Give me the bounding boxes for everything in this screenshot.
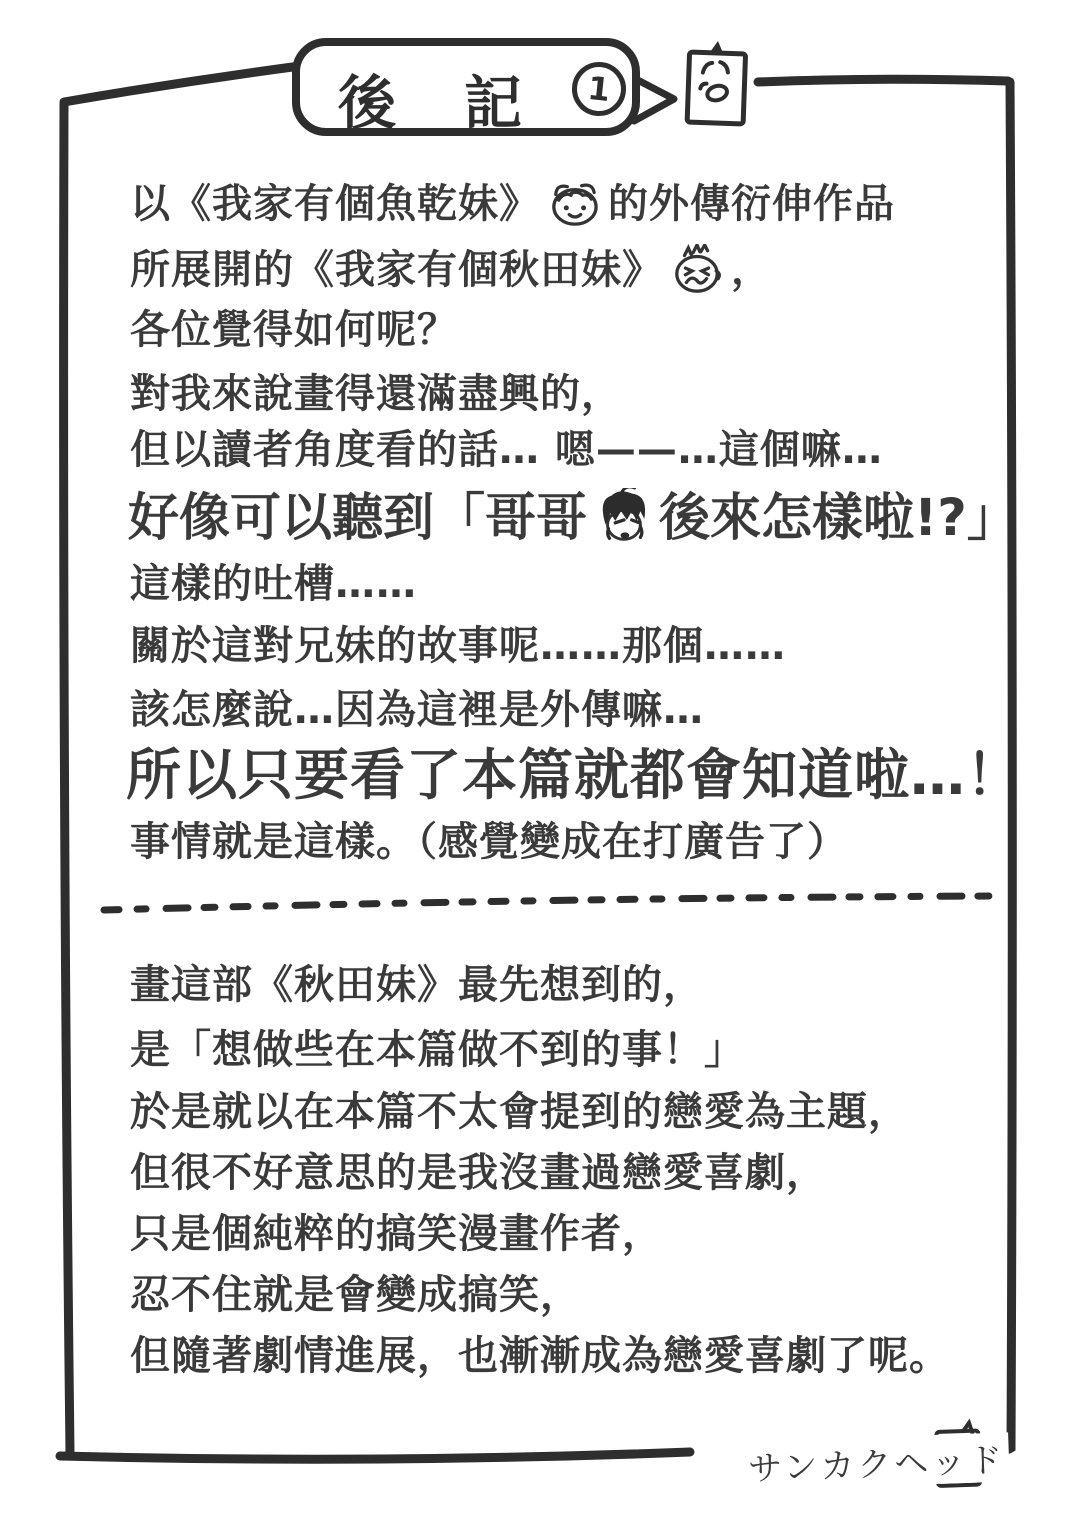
brother-face-icon <box>592 488 654 548</box>
afterword-line-9: 該怎麼說…因為這裡是外傳嘛… <box>130 690 704 730</box>
afterword-line-5: 但以讀者角度看的話… 嗯——…這個嘛… <box>130 430 883 470</box>
line-4-text: 對我來說畫得還滿盡興的， <box>130 374 622 414</box>
line-6-text-pre: 好像可以聽到「哥哥 <box>128 493 587 544</box>
umaru-crying-face-icon <box>668 244 726 296</box>
section-divider <box>104 896 992 910</box>
umaru-smiling-face-icon <box>545 180 603 228</box>
title-number: 1 <box>586 69 612 109</box>
name-tag-face-icon <box>687 40 746 124</box>
afterword-line-3: 各位覺得如何呢？ <box>130 310 458 350</box>
line-7-text: 這樣的吐槽…… <box>130 564 417 604</box>
afterword-line-8: 關於這對兄妹的故事呢……那個…… <box>130 626 786 666</box>
author-signature: サンカクヘッド <box>743 1432 1010 1490</box>
line-5-text: 但以讀者角度看的話… 嗯——…這個嘛… <box>130 430 883 470</box>
afterword-page: 後記 1 以《我家有個魚乾妹》 的外傳衍伸作品 所展開的《我家有個秋田妹》 <box>0 0 1072 1533</box>
line-12-text: 畫這部《秋田妹》最先想到的， <box>130 965 704 1005</box>
afterword-line-18: 但隨著劇情進展，也漸漸成為戀愛喜劇了呢。 <box>130 1336 950 1376</box>
afterword-line-6: 好像可以聽到「哥哥 後來怎樣啦!?」 <box>128 488 1018 548</box>
line-10-text: 所以只要看了本篇就都會知道啦…！ <box>126 748 1022 803</box>
afterword-line-14: 於是就以在本篇不太會提到的戀愛為主題， <box>130 1092 909 1132</box>
afterword-line-15: 但很不好意思的是我沒畫過戀愛喜劇， <box>130 1153 827 1193</box>
line-15-text: 但很不好意思的是我沒畫過戀愛喜劇， <box>130 1153 827 1193</box>
afterword-line-11: 事情就是這樣。（感覺變成在打廣告了） <box>130 822 848 862</box>
line-8-text: 關於這對兄妹的故事呢……那個…… <box>130 626 786 666</box>
afterword-line-2: 所展開的《我家有個秋田妹》 ， <box>130 244 772 296</box>
line-18-text: 但隨著劇情進展，也漸漸成為戀愛喜劇了呢。 <box>130 1336 950 1376</box>
afterword-line-16: 只是個純粹的搞笑漫畫作者， <box>130 1214 663 1254</box>
afterword-line-12: 畫這部《秋田妹》最先想到的， <box>130 965 704 1005</box>
line-9-text: 該怎麼說…因為這裡是外傳嘛… <box>130 690 704 730</box>
line-11-text: 事情就是這樣。（感覺變成在打廣告了） <box>130 822 848 862</box>
afterword-line-4: 對我來說畫得還滿盡興的， <box>130 374 622 414</box>
line-16-text: 只是個純粹的搞笑漫畫作者， <box>130 1214 663 1254</box>
line-1-text-post: 的外傳衍伸作品 <box>608 184 895 224</box>
line-3-text: 各位覺得如何呢？ <box>130 310 458 350</box>
line-6-text-post: 後來怎樣啦!?」 <box>659 493 1018 544</box>
line-2-text-post: ， <box>731 250 772 290</box>
line-17-text: 忍不住就是會變成搞笑， <box>130 1275 581 1315</box>
line-1-text-pre: 以《我家有個魚乾妹》 <box>130 184 540 224</box>
afterword-line-10: 所以只要看了本篇就都會知道啦…！ <box>126 748 1022 803</box>
afterword-line-1: 以《我家有個魚乾妹》 的外傳衍伸作品 <box>130 180 895 228</box>
afterword-line-13: 是「想做些在本篇做不到的事！」 <box>130 1030 745 1070</box>
line-13-text: 是「想做些在本篇做不到的事！」 <box>130 1030 745 1070</box>
afterword-line-17: 忍不住就是會變成搞笑， <box>130 1275 581 1315</box>
line-14-text: 於是就以在本篇不太會提到的戀愛為主題， <box>130 1092 909 1132</box>
page-title: 後記 <box>338 56 590 140</box>
afterword-line-7: 這樣的吐槽…… <box>130 564 417 604</box>
line-2-text-pre: 所展開的《我家有個秋田妹》 <box>130 250 663 290</box>
